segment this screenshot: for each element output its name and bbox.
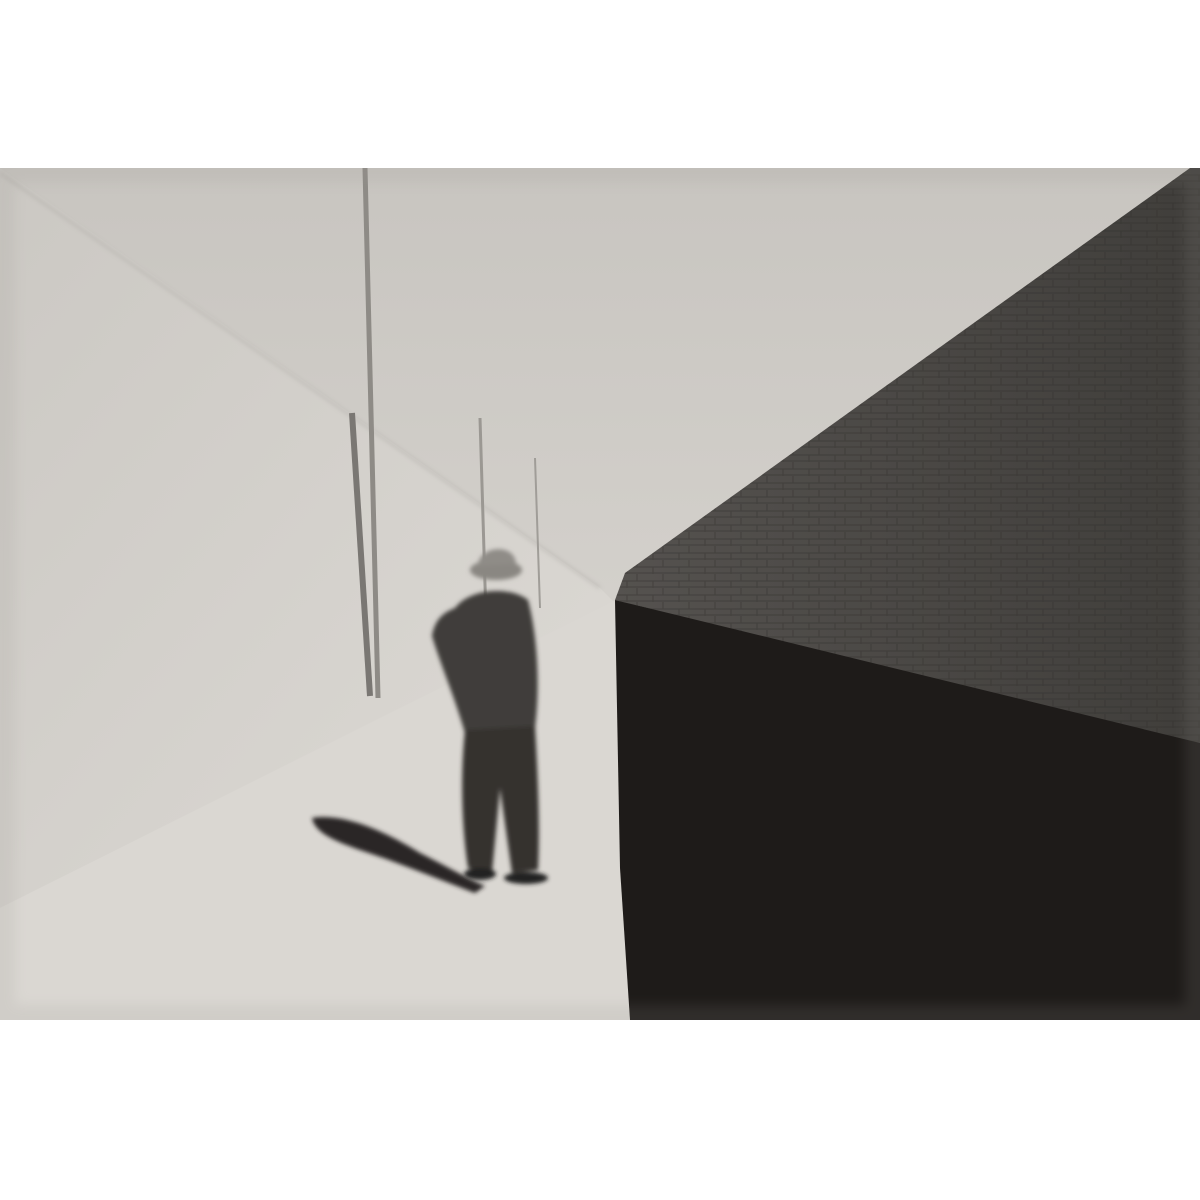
photo-scene [0,168,1200,1020]
photograph [0,168,1200,1020]
